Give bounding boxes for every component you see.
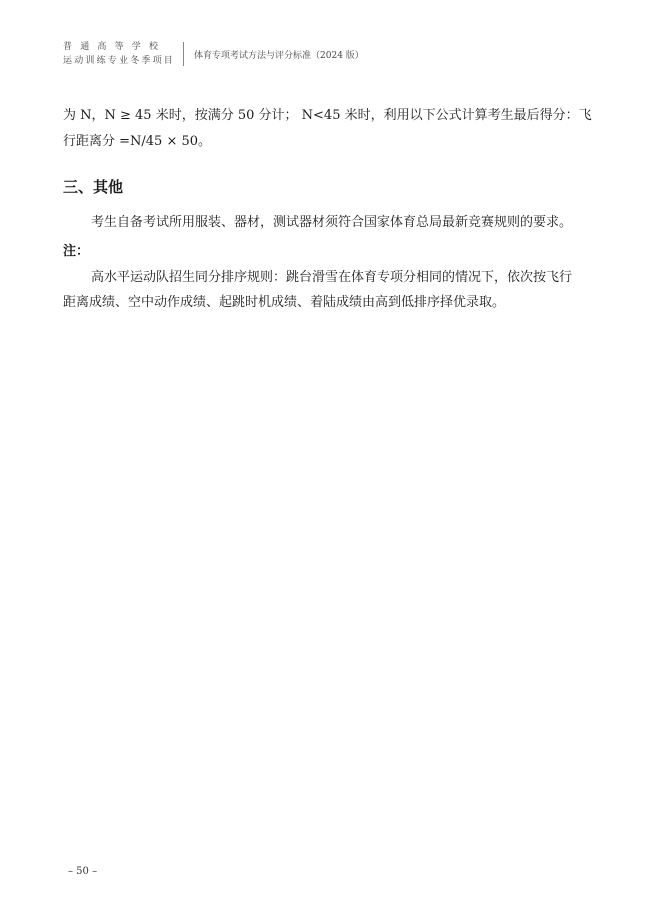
note-line: 距离成绩、空中动作成绩、起跳时机成绩、着陆成绩由高到低排序择优录取。 [63, 291, 505, 310]
header-title: 体育专项考试方法与评分标准（2024 版） [194, 48, 364, 61]
header-divider [183, 42, 184, 66]
header-left: 普通高等学校 运动训练专业冬季项目 [63, 40, 175, 68]
paragraph-line: 考生自备考试所用服装、器材，测试器材须符合国家体育总局最新竞赛规则的要求。 [91, 211, 572, 230]
paragraph-line: 为 N，N ≥ 45 米时，按满分 50 分计； N<45 米时，利用以下公式计… [63, 104, 592, 123]
header-school: 普通高等学校 [63, 40, 175, 54]
header-program: 运动训练专业冬季项目 [63, 54, 175, 68]
note-line: 高水平运动队招生同分排序规则：跳台滑雪在体育专项分相同的情况下，依次按飞行 [91, 266, 572, 285]
paragraph-line: 行距离分 =N/45 × 50。 [63, 130, 211, 149]
page-number: – 50 – [68, 866, 97, 877]
note-label: 注： [63, 240, 89, 259]
page-header: 普通高等学校 运动训练专业冬季项目 体育专项考试方法与评分标准（2024 版） [63, 40, 364, 68]
section-heading: 三、其他 [63, 176, 123, 197]
